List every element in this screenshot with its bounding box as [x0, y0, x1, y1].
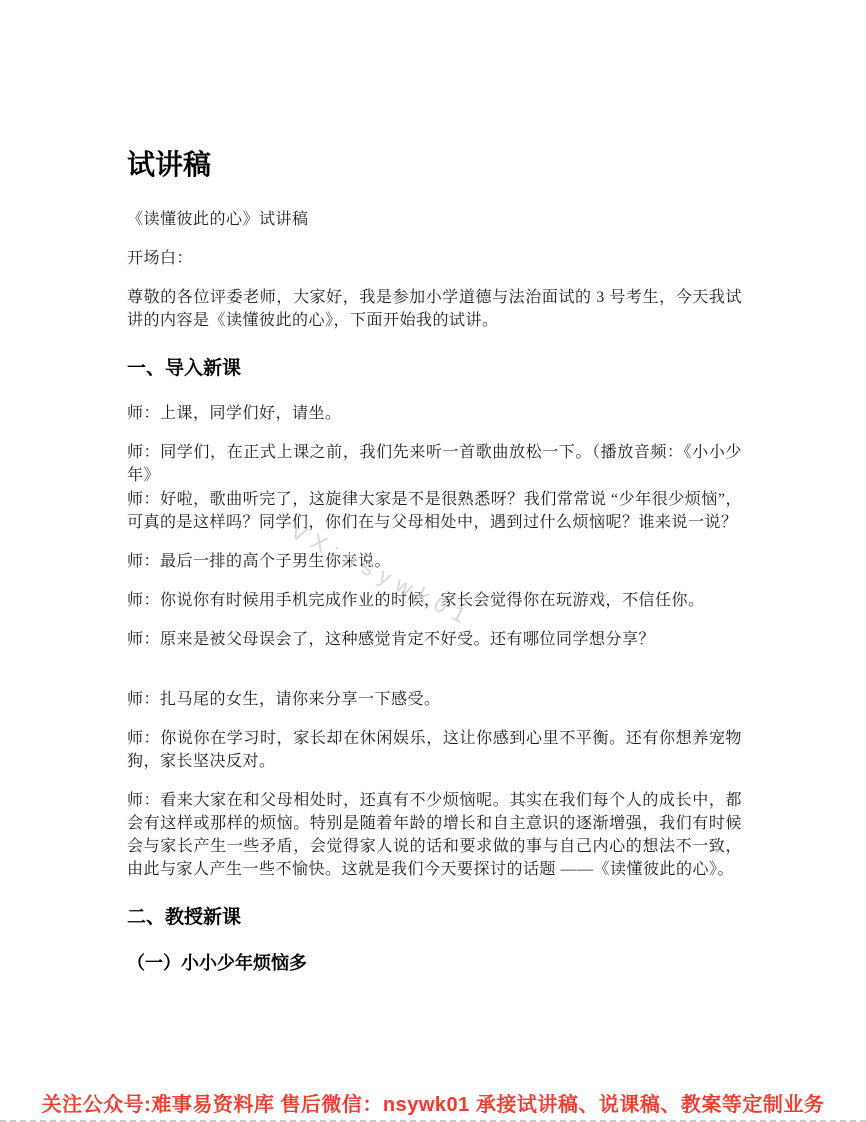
teacher-line: 师：上课，同学们好，请坐。 [127, 402, 742, 425]
teacher-line: 师：你说你在学习时，家长却在休闲娱乐，这让你感到心里不平衡。还有你想养宠物狗，家… [127, 727, 742, 773]
section-2-subheading: （一）小小少年烦恼多 [127, 951, 742, 976]
doc-subtitle: 《读懂彼此的心》试讲稿 [127, 208, 742, 231]
teacher-line: 师：你说你有时候用手机完成作业的时候，家长会觉得你在玩游戏，不信任你。 [127, 589, 742, 612]
section-1-heading: 一、导入新课 [127, 356, 742, 382]
doc-title: 试讲稿 [127, 148, 742, 182]
opening-label: 开场白： [127, 247, 742, 270]
teacher-line: 师：原来是被父母误会了，这种感觉肯定不好受。还有哪位同学想分享？ [127, 628, 742, 651]
opening-paragraph: 尊敬的各位评委老师，大家好，我是参加小学道德与法治面试的 3 号考生，今天我试讲… [127, 286, 742, 332]
teacher-line: 师：看来大家在和父母相处时，还真有不少烦恼呢。其实在我们每个人的成长中，都会有这… [127, 789, 742, 881]
teacher-line: 师：同学们，在正式上课之前，我们先来听一首歌曲放松一下。（播放音频：《小小少年》 [127, 441, 742, 487]
section-2-heading: 二、教授新课 [127, 905, 742, 931]
teacher-line: 师：扎马尾的女生，请你来分享一下感受。 [127, 688, 742, 711]
footer-ad-banner: 关注公众号:难事易资料库 售后微信：nsywk01 承接试讲稿、说课稿、教案等定… [0, 1093, 866, 1117]
teacher-line: 师：好啦，歌曲听完了，这旋律大家是不是很熟悉呀？我们常常说 “少年很少烦恼”，可… [127, 488, 742, 534]
document-page: 试讲稿 《读懂彼此的心》试讲稿 开场白： 尊敬的各位评委老师，大家好，我是参加小… [0, 0, 866, 1122]
teacher-line: 师：最后一排的高个子男生你来说。 [127, 550, 742, 573]
